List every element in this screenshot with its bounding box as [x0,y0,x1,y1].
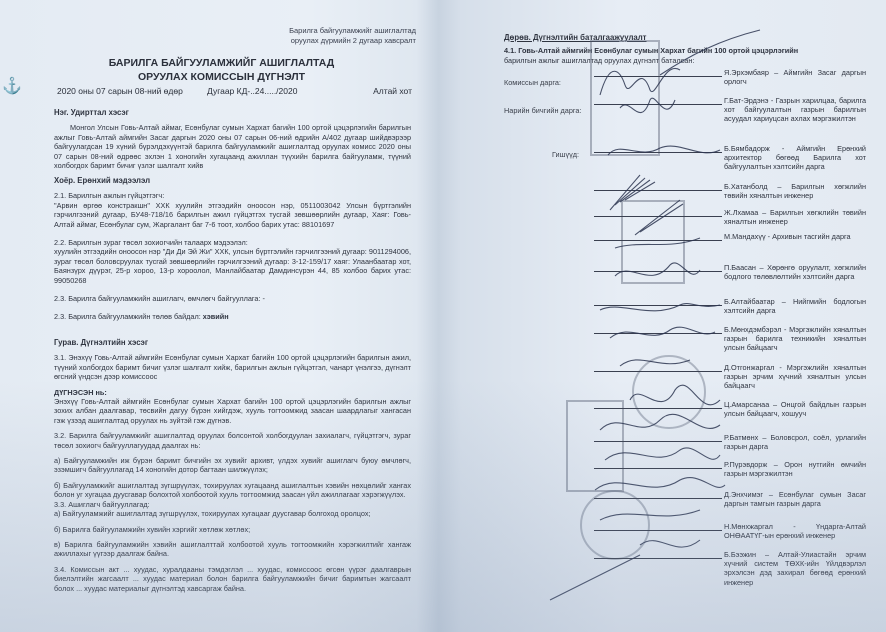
committee-member: Б.Бямбадорж - Аймгийн Ерөнхий архитектор… [724,144,866,172]
committee-member: Б.Хатанболд – Барилгын хөгжлийн төвийн х… [724,182,866,200]
committee-member: Б.Мөнхдэмбэрэл - Мэргэжлийн хяналтын газ… [724,325,866,353]
committee-member: Д.Отгонжаргал - Мэргэжлийн хяналтын газр… [724,363,866,391]
committee-member: П.Баасан – Хөрөнгө оруулалт, хөгжлийн бо… [724,263,866,281]
document-photo: ⚓ Барилга байгууламжийг ашиглалтад оруул… [0,0,886,632]
committee-member: Ц.Амарсанаа – Онцгой байдлын газрын улсы… [724,400,866,418]
committee-member: Д.Энхчимэг – Есөнбулаг сумын Засаг даргы… [724,490,866,508]
committee-member: Н.Мөнхжаргал - Үндарга-Алтай ОНӨААТҮГ-ын… [724,522,866,540]
committee-member: М.Мандахүү - Архивын тасгийн дарга [724,232,866,241]
committee-member: Р.Пүрэвдорж – Орон нутгийн өмчийн газрын… [724,460,866,478]
committee-member: Р.Батмөнх – Боловсрол, соёл, урлагийн га… [724,433,866,451]
committee-member: Я.Эрхэмбаяр – Аймгийн Засаг даргын орлог… [724,68,866,86]
committee-member: Б.Алтайбаатар – Нийгмийн бодлогын хэлтси… [724,297,866,315]
committee-member: Г.Бат-Эрдэнэ - Газрын харилцаа, барилга … [724,96,866,124]
committee-member: Б.Бээжин – Алтай-Улиастайн эрчим хүчний … [724,550,866,587]
committee-member: Ж.Лхамаа – Барилгын хөгжлийн төвийн хяна… [724,208,866,226]
